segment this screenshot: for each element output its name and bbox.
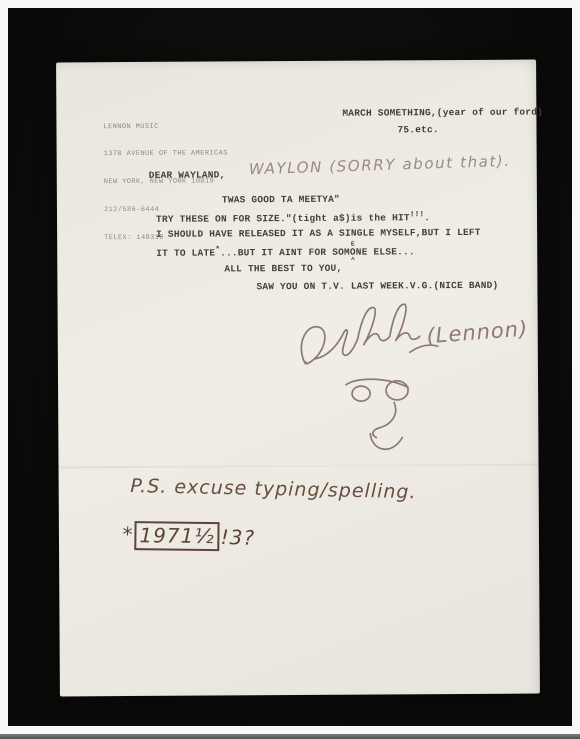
paper-fold-crease: [59, 464, 539, 469]
doodle-smile: [370, 433, 402, 449]
dateline-year: 75.etc.: [397, 124, 438, 135]
letterhead-company: LENNON MUSIC: [103, 122, 227, 132]
postscript-line: P.S. excuse typing/spelling.: [130, 475, 417, 503]
letter-paper: LENNON MUSIC 1370 AVENUE OF THE AMERICAS…: [56, 60, 540, 697]
body-line-3: I SHOULD HAVE RELEASED IT AS A SINGLE MY…: [156, 227, 481, 240]
body-line-4: IT TO LATE*...BUT IT AINT FOR SOMEO^NE E…: [156, 244, 415, 259]
doodle-left-lens: [352, 386, 370, 401]
body-line-2-exclamations: !!!: [410, 210, 424, 219]
dateline: MARCH SOMETHING,(year of our ford): [342, 106, 543, 118]
year-asterisk: *: [122, 522, 134, 546]
body-line-1: TWAS GOOD TA MEETYA": [222, 194, 340, 206]
black-mat: LENNON MUSIC 1370 AVENUE OF THE AMERICAS…: [8, 8, 572, 726]
doodle-brow-line: [346, 379, 408, 388]
boxed-year: 1971½: [134, 521, 220, 551]
body-line-5: ALL THE BEST TO YOU,: [224, 263, 342, 275]
year-annotation: *1971½!3?: [122, 520, 255, 553]
signature-parenthetical: (Lennon): [426, 316, 529, 348]
typed-insertion-caret: ^: [351, 257, 355, 264]
salutation-typed: DEAR WAYLAND,: [149, 169, 226, 180]
body-line-4-text-c: NE ELSE...: [356, 246, 415, 257]
photo-frame: LENNON MUSIC 1370 AVENUE OF THE AMERICAS…: [0, 0, 580, 739]
body-line-4-text-b: ...BUT IT AINT FOR SOM: [220, 247, 350, 259]
body-line-4-corrected-char: EO^: [350, 247, 356, 258]
doodle-nose: [373, 402, 396, 437]
salutation-handwritten-correction: WAYLON (SORRY about that).: [249, 152, 511, 178]
body-line-2-period: .: [424, 212, 430, 223]
body-line-4-text-a: IT TO LATE: [156, 248, 215, 259]
body-line-2: TRY THESE ON FOR SIZE."(tight a$)is the …: [156, 210, 430, 225]
body-line-2-text: TRY THESE ON FOR SIZE."(tight a$)is the …: [156, 212, 410, 225]
body-line-6: SAW YOU ON T.V. LAST WEEK.V.G.(NICE BAND…: [256, 280, 498, 292]
john-signature-scrawl: [301, 304, 438, 364]
year-suffix: !3?: [220, 525, 255, 550]
typed-insertion-above: E: [351, 241, 355, 248]
doodle-right-lens: [386, 381, 408, 400]
self-portrait-doodle: [346, 379, 408, 449]
letterhead-address: 1370 AVENUE OF THE AMERICAS: [104, 150, 228, 160]
photo-bottom-edge: [0, 734, 580, 739]
